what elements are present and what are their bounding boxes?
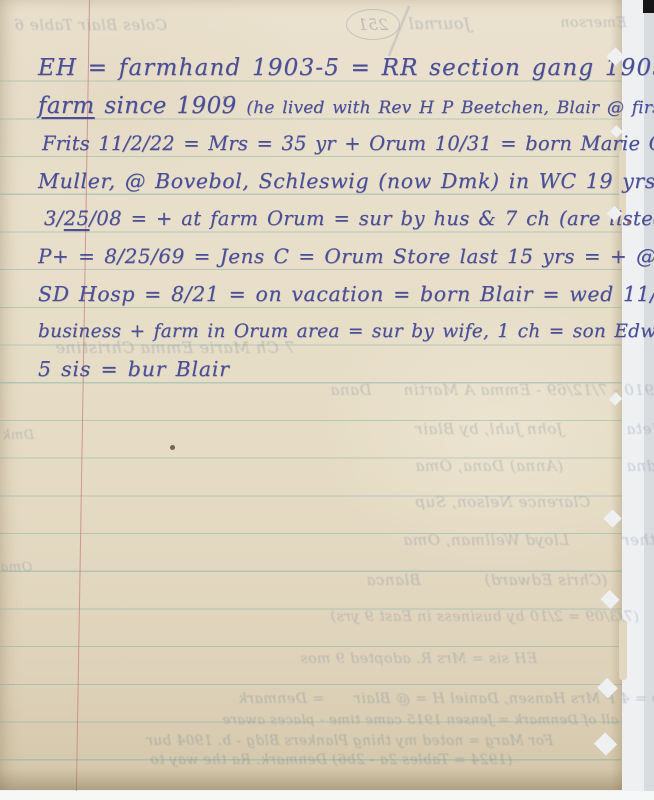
bleedthrough-margin-mark: Dmk: [2, 428, 34, 443]
page-bottom-shadow: [0, 768, 622, 790]
handwriting-segment: (he lived with Rev H P Beetchen, Blair @…: [246, 98, 654, 118]
handwriting-line: SD Hosp = 8/21 = on vacation = born Blai…: [38, 276, 644, 314]
paper-sheet: Coles Blair Table 6 251 Journal Emerson …: [0, 0, 622, 790]
bleedthrough-row: Edna (Anna) Dana, Oma: [415, 457, 654, 475]
scanner-bottom-strip: [0, 791, 654, 800]
paper-stain-speck: [223, 96, 226, 99]
underlined-word: 25: [64, 207, 90, 230]
page-number-stamp: 251: [346, 9, 400, 40]
handwriting-line: Frits 11/2/22 = Mrs = 35 yr + Orum 10/31…: [38, 125, 644, 163]
bleedthrough-row: Anna Clarence Nelson, Sup: [415, 493, 654, 511]
handwriting-line: 3/25/08 = + at farm Orum = sur by hus & …: [38, 200, 644, 238]
paper-stain-speck: [170, 445, 175, 450]
bleedthrough-row: Esther Lloyd Wellman, Oma: [403, 531, 654, 549]
handwriting-segment: 3/: [44, 207, 64, 230]
bleedthrough-row: bro = 4 P Mrs Hansen, Daniel H = @ Blair…: [238, 691, 654, 707]
handwriting-line: P+ = 8/25/69 = Jens C = Orum Store last …: [38, 238, 644, 276]
handwriting-segment: /08 = + at farm Orum = sur by hus & 7 ch…: [89, 207, 654, 230]
paper-edge-bump: [619, 620, 627, 680]
bleedthrough-row: (7/3/09 = 2/10 by business in East 9 yrs…: [330, 609, 639, 625]
handwriting-line: 5 sis = bur Blair: [38, 351, 644, 389]
bleedthrough-row: For Marg = noted my thing Plankers Bldg …: [146, 733, 553, 749]
handwriting-line: EH = farmhand 1903-5 = RR section gang 1…: [38, 50, 644, 88]
bleedthrough-header-right: Emerson: [560, 15, 627, 31]
page-number: 251: [358, 15, 389, 34]
handwriting-line: farm since 1909 (he lived with Rev H P B…: [38, 88, 644, 126]
paper-edge-speck: [627, 221, 630, 225]
scanned-journal-page: Coles Blair Table 6 251 Journal Emerson …: [0, 0, 654, 800]
scan-corner-artifact: [643, 0, 654, 13]
bleedthrough-row: EH sis = Mrs R. adopted 9 mos: [300, 651, 537, 667]
bleedthrough-row: Meta John Juhl, by Blair: [415, 420, 654, 438]
bleedthrough-row: (1924 = Tables 2a - 2b6) Denmark. Ra the…: [150, 752, 512, 768]
bleedthrough-header-left: Coles Blair Table 6: [14, 16, 167, 34]
bleedthrough-header-center: Journal: [408, 14, 470, 33]
bleedthrough-row: (Chris Edward) Blanca: [366, 571, 607, 589]
bleedthrough-row: all of Denmark = Jensen 1915 came time -…: [222, 713, 618, 728]
bleedthrough-margin-mark: Oma: [0, 560, 32, 575]
handwriting-line: Muller, @ Bovebol, Schleswig (now Dmk) i…: [38, 163, 644, 201]
handwriting-line: business + farm in Orum area = sur by wi…: [38, 313, 644, 351]
underlined-word: farm: [38, 93, 95, 119]
scanner-edge-strip: [644, 0, 654, 800]
handwritten-notes: EH = farmhand 1903-5 = RR section gang 1…: [38, 50, 644, 388]
